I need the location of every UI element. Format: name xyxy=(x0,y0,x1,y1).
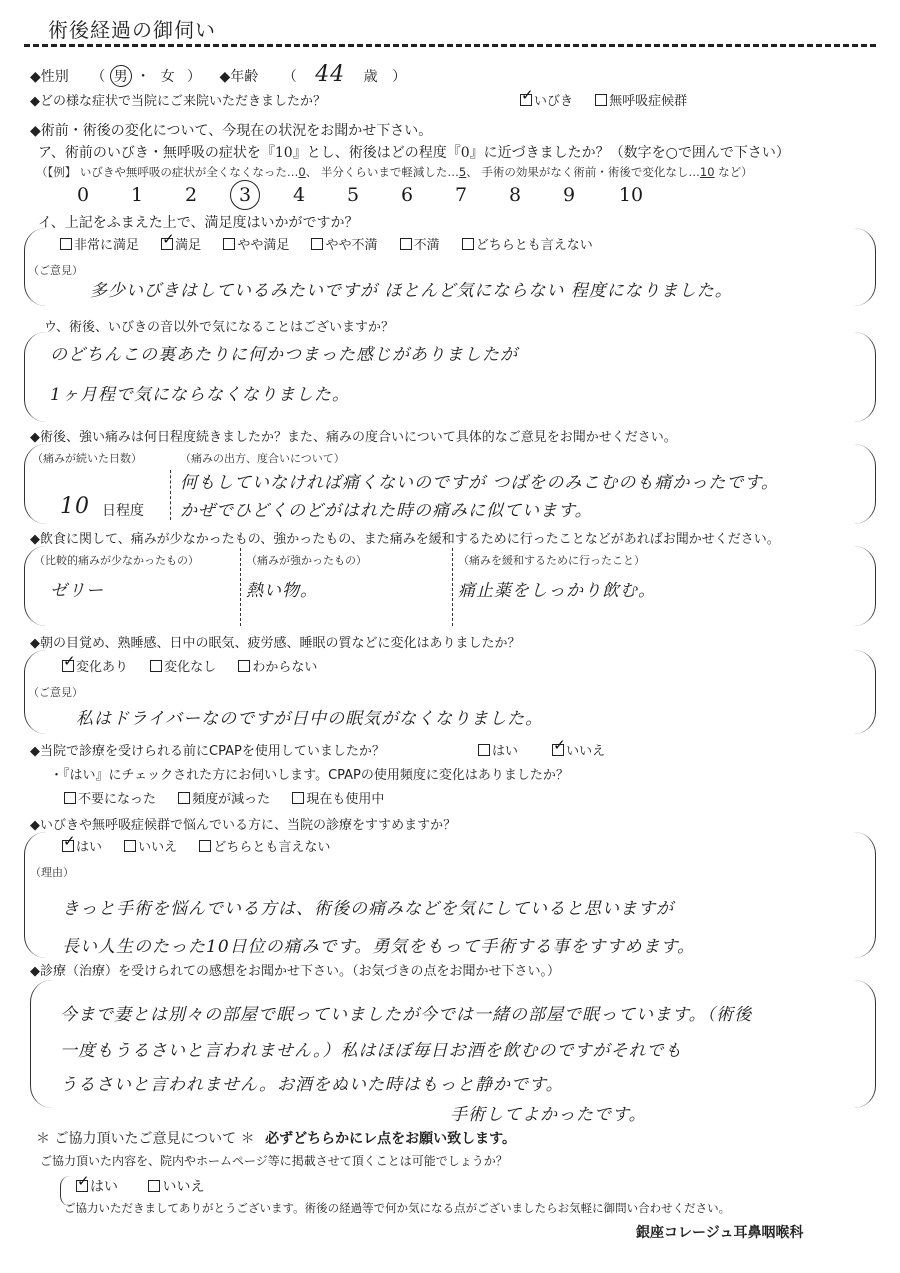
checkbox-icon[interactable] xyxy=(595,94,607,106)
checkbox-icon[interactable] xyxy=(161,238,173,250)
impression-question: ◆診療（治療）を受けられての感想をお聞かせ下さい。（お気づきの点をお聞かせ下さい… xyxy=(30,960,560,979)
severity-scale: 012345678910 xyxy=(56,180,666,210)
consent-thanks: ご協力いただきましてありがとうございます。術後の経過等で何か気になる点がございま… xyxy=(64,1200,730,1216)
other-concerns-answer-line2[interactable]: 1ヶ月程で気にならなくなりました。 xyxy=(50,380,350,405)
food-col1-value[interactable]: ゼリー xyxy=(50,576,104,601)
checkbox-icon[interactable] xyxy=(60,238,72,250)
checkbox-icon[interactable] xyxy=(199,840,211,852)
checkbox-icon[interactable] xyxy=(292,792,304,804)
cpap-option-yes[interactable]: はい xyxy=(478,740,518,759)
pain-days-value[interactable]: 10 xyxy=(60,494,90,519)
scale-4[interactable]: 4 xyxy=(272,184,326,206)
recommend-reason-line1[interactable]: きっと手術を悩んでいる方は、術後の痛みなどを気にしていると思いますが xyxy=(62,894,674,919)
scale-5[interactable]: 5 xyxy=(326,184,380,206)
recommend-options: はい いいえ どちらとも言えない xyxy=(62,836,348,855)
consent-heading: ＊ ご協力頂いたご意見について ＊ 必ずどちらかにレ点をお願い致します。 xyxy=(36,1128,516,1148)
scale-10[interactable]: 10 xyxy=(596,184,666,206)
scale-6[interactable]: 6 xyxy=(380,184,434,206)
checkbox-icon[interactable] xyxy=(62,660,74,672)
food-divider-2 xyxy=(452,548,453,626)
checkbox-icon[interactable] xyxy=(223,238,235,250)
checkbox-icon[interactable] xyxy=(178,792,190,804)
checkbox-icon[interactable] xyxy=(311,238,323,250)
sleep-options: 変化あり 変化なし わからない xyxy=(62,656,335,675)
satisfaction-option-satisfied[interactable]: 満足 xyxy=(161,234,201,253)
scale-3-selected[interactable]: 3 xyxy=(230,180,260,210)
checkbox-icon[interactable] xyxy=(552,744,564,756)
consent-option-yes[interactable]: はい xyxy=(76,1176,118,1196)
checkbox-icon[interactable] xyxy=(520,94,532,106)
change-example: （【例】 いびきや無呼吸の症状が全くなくなった…0、 半分くらいまで軽減した…5… xyxy=(36,164,753,180)
symptom-options: いびき 無呼吸症候群 xyxy=(520,90,705,109)
satisfaction-option-somewhat-dissatisfied[interactable]: やや不満 xyxy=(311,234,377,253)
checkbox-icon[interactable] xyxy=(148,1180,160,1192)
scale-8[interactable]: 8 xyxy=(488,184,542,206)
age-label: ◆年齢 xyxy=(220,69,259,85)
cpap-sub-option-still-using[interactable]: 現在も使用中 xyxy=(292,788,384,807)
checkbox-icon[interactable] xyxy=(478,744,490,756)
cpap-sub-option-reduced[interactable]: 頻度が減った xyxy=(178,788,270,807)
scale-1[interactable]: 1 xyxy=(110,184,164,206)
change-question: ◆術前・術後の変化について、今現在の状況をお聞かせ下さい。 xyxy=(30,120,432,140)
sleep-option-no-change[interactable]: 変化なし xyxy=(150,656,216,675)
gender-option-female[interactable]: 女 xyxy=(161,69,175,85)
pain-detail-line2[interactable]: かぜでひどくのどがはれた時の痛みに似ています。 xyxy=(180,496,593,521)
scale-0[interactable]: 0 xyxy=(56,184,110,206)
food-col2-value[interactable]: 熱い物。 xyxy=(246,576,318,601)
recommend-option-no[interactable]: いいえ xyxy=(124,836,177,855)
cpap-sub-options: 不要になった 頻度が減った 現在も使用中 xyxy=(64,788,402,807)
checkbox-icon[interactable] xyxy=(62,840,74,852)
recommend-reason-line2[interactable]: 長い人生のたった10日位の痛みです。勇気をもって手術する事をすすめます。 xyxy=(62,932,695,957)
change-sub-a: ア、術前のいびき・無呼吸の症状を『10』とし、術後はどの程度『0』に近づきました… xyxy=(38,142,790,162)
sleep-option-changed[interactable]: 変化あり xyxy=(62,656,128,675)
consent-options: はい いいえ xyxy=(76,1176,222,1196)
clinic-name: 銀座コレージュ耳鼻咽喉科 xyxy=(636,1222,803,1242)
cpap-options: はい いいえ xyxy=(478,740,623,759)
food-col3-label: （痛みを緩和するために行ったこと） xyxy=(458,552,645,568)
gender-label: ◆性別 xyxy=(30,69,69,85)
food-divider-1 xyxy=(240,548,241,626)
satisfaction-option-neutral[interactable]: どちらとも言えない xyxy=(462,234,593,253)
checkbox-icon[interactable] xyxy=(400,238,412,250)
pain-question: ◆術後、強い痛みは何日程度続きましたか？また、痛みの度合いについて具体的なご意見… xyxy=(30,426,677,445)
food-col2-label: （痛みが強かったもの） xyxy=(246,552,367,568)
satisfaction-options: 非常に満足 満足 やや満足 やや不満 不満 どちらとも言えない xyxy=(60,234,611,253)
sleep-question: ◆朝の目覚め、熟睡感、日中の眠気、疲労感、睡眠の質などに変化はありましたか？ xyxy=(30,632,520,651)
checkbox-icon[interactable] xyxy=(64,792,76,804)
recommend-option-neutral[interactable]: どちらとも言えない xyxy=(199,836,330,855)
checkbox-icon[interactable] xyxy=(462,238,474,250)
sleep-option-unknown[interactable]: わからない xyxy=(238,656,317,675)
age-value[interactable]: 44 xyxy=(315,62,345,87)
pain-days-label: （痛みが続いた日数） xyxy=(32,450,142,466)
gender-option-male[interactable]: 男 xyxy=(110,65,132,87)
title-divider xyxy=(24,44,876,47)
form-title: 術後経過の御伺い xyxy=(48,14,216,43)
food-question: ◆飲食に関して、痛みが少なかったもの、強かったもの、また痛みを緩和するために行っ… xyxy=(30,528,780,547)
pain-detail-label: （痛みの出方、度合いについて） xyxy=(180,450,345,466)
sleep-opinion[interactable]: 私はドライバーなのですが日中の眠気がなくなりました。 xyxy=(76,704,543,729)
symptom-question: ◆どの様な症状で当院にご来院いただきましたか？ xyxy=(30,90,326,109)
food-col1-label: （比較的痛みが少なかったもの） xyxy=(34,552,199,568)
satisfaction-opinion-label: （ご意見） xyxy=(28,262,83,278)
checkbox-icon[interactable] xyxy=(150,660,162,672)
satisfaction-option-very-satisfied[interactable]: 非常に満足 xyxy=(60,234,139,253)
impression-line3[interactable]: うるさいと言われません。お酒をぬいた時はもっと静かです。 xyxy=(60,1070,564,1095)
other-concerns-answer-line1[interactable]: のどちんこの裏あたりに何かつまった感じがありましたが xyxy=(50,340,518,365)
recommend-option-yes[interactable]: はい xyxy=(62,836,102,855)
scale-9[interactable]: 9 xyxy=(542,184,596,206)
pain-divider xyxy=(170,470,171,520)
scale-2[interactable]: 2 xyxy=(164,184,218,206)
checkbox-icon[interactable] xyxy=(238,660,250,672)
cpap-sub-question: ・『はい』にチェックされた方にお伺いします。CPAPの使用頻度に変化はありました… xyxy=(50,764,569,783)
impression-line2[interactable]: 一度もうるさいと言われません。）私はほぼ毎日お酒を飲むのですがそれでも xyxy=(60,1036,683,1061)
cpap-sub-option-unnecessary[interactable]: 不要になった xyxy=(64,788,156,807)
satisfaction-option-somewhat-satisfied[interactable]: やや満足 xyxy=(223,234,289,253)
cpap-question: ◆当院で診療を受けられる前にCPAPを使用していましたか？ xyxy=(30,740,385,759)
satisfaction-opinion[interactable]: 多少いびきはしているみたいですが ほとんど気にならない 程度になりました。 xyxy=(90,276,733,301)
checkbox-icon[interactable] xyxy=(76,1180,88,1192)
scale-7[interactable]: 7 xyxy=(434,184,488,206)
checkbox-icon[interactable] xyxy=(124,840,136,852)
impression-line4[interactable]: 手術してよかったです。 xyxy=(450,1100,647,1125)
symptom-option-apnea[interactable]: 無呼吸症候群 xyxy=(595,90,687,109)
recommend-question: ◆いびきや無呼吸症候群で悩んでいる方に、当院の診療をすすめますか？ xyxy=(30,814,456,833)
consent-question: ご協力頂いた内容を、院内やホームページ等に掲載させて頂くことは可能でしょうか？ xyxy=(40,1152,508,1169)
gender-age-row: ◆性別 （ 男 ・ 女 ） ◆年齢 （ 44 歳 ） xyxy=(30,62,406,87)
consent-option-no[interactable]: いいえ xyxy=(148,1176,204,1196)
satisfaction-option-dissatisfied[interactable]: 不満 xyxy=(400,234,440,253)
food-col3-value[interactable]: 痛止薬をしっかり飲む。 xyxy=(458,576,656,601)
recommend-reason-label: （理由） xyxy=(30,864,74,880)
symptom-option-snoring[interactable]: いびき xyxy=(520,90,573,109)
pain-detail-line1[interactable]: 何もしていなければ痛くないのですが つばをのみこむのも痛かったです。 xyxy=(180,468,779,493)
impression-line1[interactable]: 今まで妻とは別々の部屋で眠っていましたが今では一緒の部屋で眠っています。（術後 xyxy=(60,1000,752,1025)
pain-days-unit: 日程度 xyxy=(102,500,144,520)
sleep-opinion-label: （ご意見） xyxy=(28,684,83,700)
cpap-option-no[interactable]: いいえ xyxy=(552,740,605,759)
